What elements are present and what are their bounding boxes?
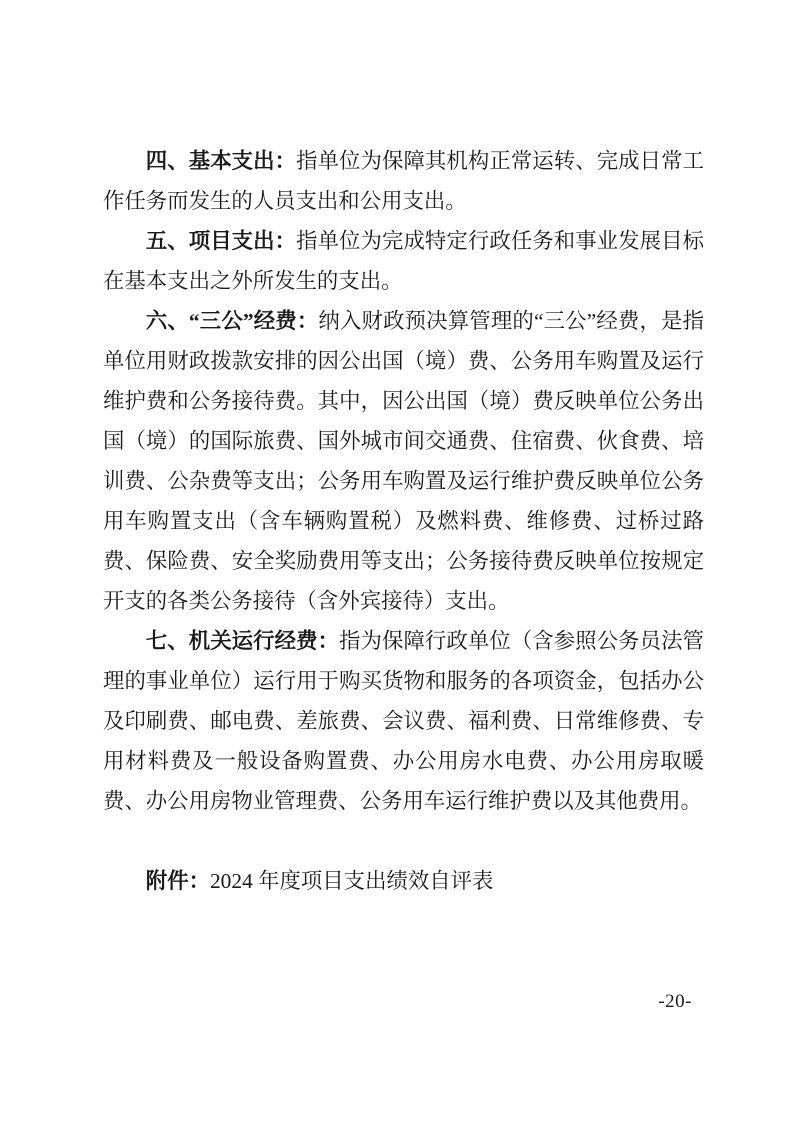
attachment-line: 附件：2024 年度项目支出绩效自评表 <box>103 861 704 901</box>
page-number: -20- <box>658 991 692 1013</box>
paragraph-basic-expenditure: 四、基本支出：指单位为保障其机构正常运转、完成日常工作任务而发生的人员支出和公用… <box>103 141 704 221</box>
attachment-title: 2024 年度项目支出绩效自评表 <box>210 869 493 893</box>
paragraph-agency-operating-funds: 七、机关运行经费：指为保障行政单位（含参照公务员法管理的事业单位）运行用于购买货… <box>103 621 704 821</box>
paragraph-lead-three-public-funds: 六、“三公”经费： <box>146 309 319 333</box>
paragraph-three-public-funds: 六、“三公”经费：纳入财政预决算管理的“三公”经费，是指单位用财政拨款安排的因公… <box>103 301 704 621</box>
paragraph-lead-basic-expenditure: 四、基本支出： <box>146 149 296 173</box>
paragraph-text-three-public-funds: 纳入财政预决算管理的“三公”经费，是指单位用财政拨款安排的因公出国（境）费、公务… <box>103 309 704 613</box>
document-page: 四、基本支出：指单位为保障其机构正常运转、完成日常工作任务而发生的人员支出和公用… <box>0 0 793 1122</box>
document-body: 四、基本支出：指单位为保障其机构正常运转、完成日常工作任务而发生的人员支出和公用… <box>103 141 704 901</box>
paragraph-lead-agency-operating-funds: 七、机关运行经费： <box>146 629 339 653</box>
paragraph-lead-project-expenditure: 五、项目支出： <box>146 229 296 253</box>
paragraph-project-expenditure: 五、项目支出：指单位为完成特定行政任务和事业发展目标在基本支出之外所发生的支出。 <box>103 221 704 301</box>
attachment-lead: 附件： <box>146 869 210 893</box>
paragraph-text-agency-operating-funds: 指为保障行政单位（含参照公务员法管理的事业单位）运行用于购买货物和服务的各项资金… <box>103 629 704 813</box>
